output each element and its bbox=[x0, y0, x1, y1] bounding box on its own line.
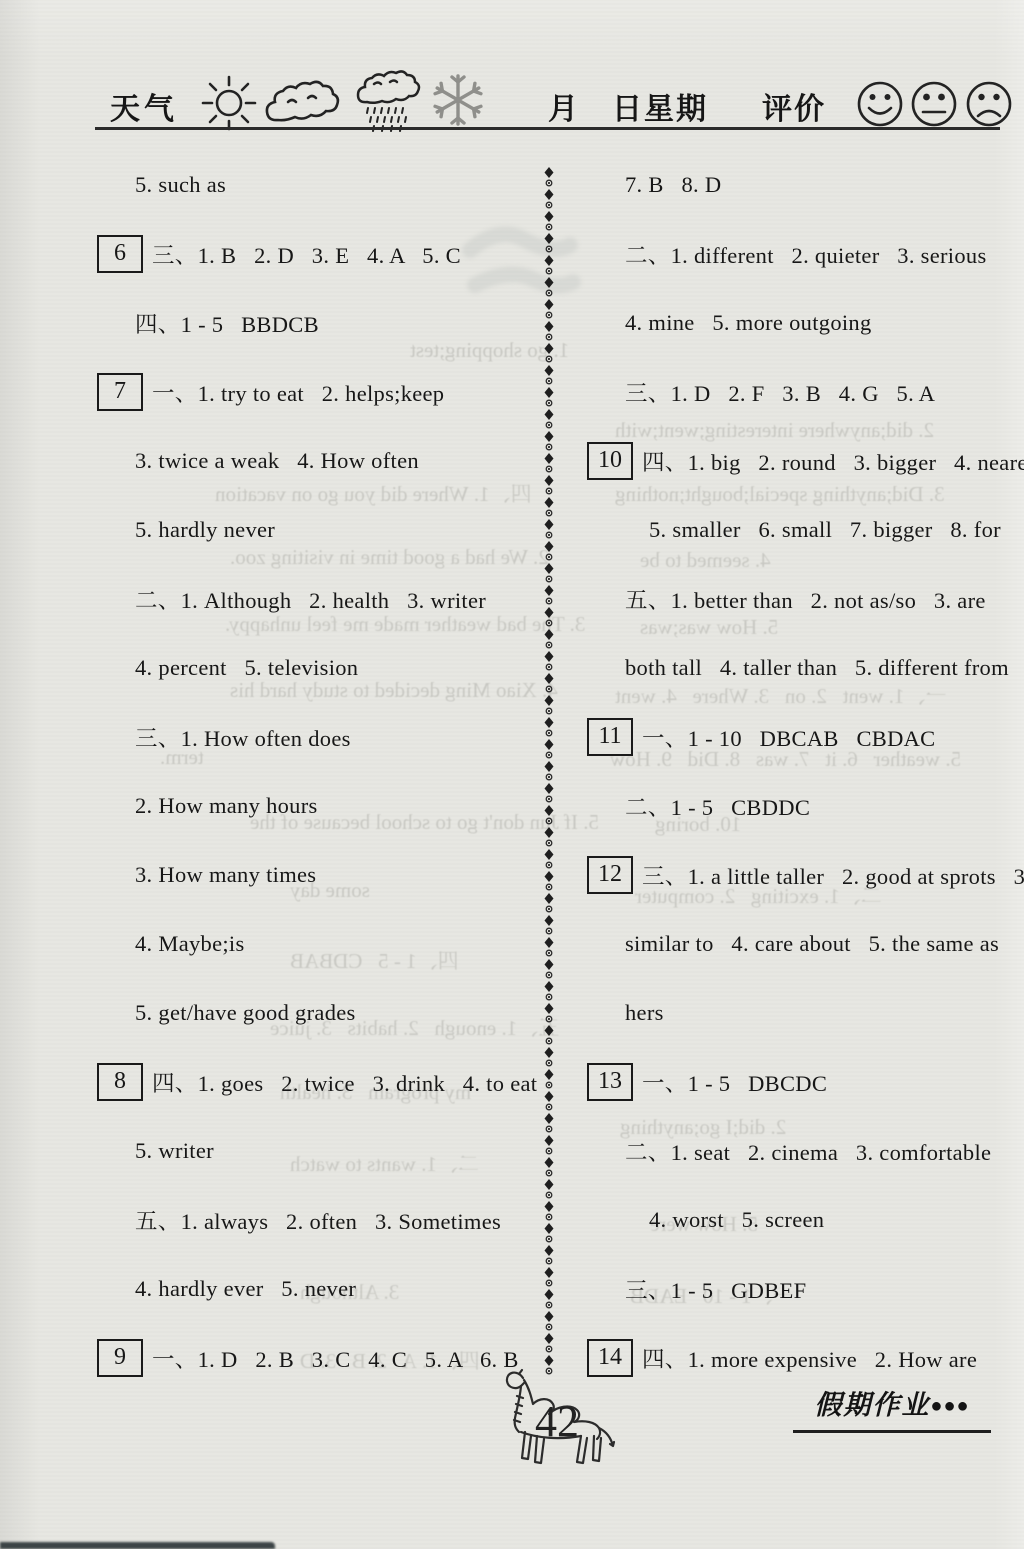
answer-line: 4. Maybe;is bbox=[95, 909, 547, 978]
exercise-number-box: 10 bbox=[587, 442, 633, 480]
page-number-camel: 42 bbox=[497, 1362, 632, 1472]
exercise-number-box: 12 bbox=[587, 856, 633, 894]
exercise-number-box: 11 bbox=[587, 718, 633, 756]
answer-line: 4. hardly ever 5. never bbox=[95, 1254, 547, 1323]
answer-line: 13一、1 - 5 DBCDC bbox=[585, 1047, 1020, 1116]
answer-line: 10四、1. big 2. round 3. bigger 4. nearer bbox=[585, 426, 1020, 495]
answer-line: 6三、1. B 2. D 3. E 4. A 5. C bbox=[95, 219, 547, 288]
answer-line: 5. hardly never bbox=[95, 495, 547, 564]
answer-line: 5. such as bbox=[95, 150, 547, 219]
answer-line: 二、1 - 5 CBDDC bbox=[585, 771, 1020, 840]
scan-edge-artifact bbox=[0, 1542, 275, 1549]
answer-line: 五、1. always 2. often 3. Sometimes bbox=[95, 1185, 547, 1254]
answer-line: 2. How many hours bbox=[95, 771, 547, 840]
answer-line: 四、1 - 5 BBDCB bbox=[95, 288, 547, 357]
answer-line: similar to 4. care about 5. the same as bbox=[585, 909, 1020, 978]
answer-line: 4. percent 5. television bbox=[95, 633, 547, 702]
exercise-number-box: 9 bbox=[97, 1339, 143, 1377]
answer-line: both tall 4. taller than 5. different fr… bbox=[585, 633, 1020, 702]
answer-line: 9一、1. D 2. B 3. C 4. C 5. A 6. B bbox=[95, 1323, 547, 1392]
answer-line: 7. B 8. D bbox=[585, 150, 1020, 219]
answer-line: 三、1 - 5 GDBEF bbox=[585, 1254, 1020, 1323]
snowflake-icon bbox=[430, 72, 486, 128]
brand-footer: 假期作业●●● bbox=[793, 1383, 991, 1433]
answer-line: hers bbox=[585, 978, 1020, 1047]
answer-line: 5. get/have good grades bbox=[95, 978, 547, 1047]
answer-line: 14四、1. more expensive 2. How are bbox=[585, 1323, 1020, 1392]
month-label: 月 bbox=[548, 84, 578, 128]
brand-dots: ●●● bbox=[930, 1395, 969, 1417]
rating-label: 评价 bbox=[762, 84, 826, 128]
answer-line: 5. smaller 6. small 7. bigger 8. for bbox=[585, 495, 1020, 564]
left-answer-column: 5. such as 6三、1. B 2. D 3. E 4. A 5. C 四… bbox=[95, 150, 547, 1392]
page-header: 天气 bbox=[0, 0, 1024, 150]
answer-line: 三、1. D 2. F 3. B 4. G 5. A bbox=[585, 357, 1020, 426]
exercise-number-box: 13 bbox=[587, 1063, 633, 1101]
answer-line: 三、1. How often does bbox=[95, 702, 547, 771]
answer-line: 4. worst 5. screen bbox=[585, 1185, 1020, 1254]
answer-line: 8四、1. goes 2. twice 3. drink 4. to eat bbox=[95, 1047, 547, 1116]
right-answer-column: 7. B 8. D 二、1. different 2. quieter 3. s… bbox=[585, 150, 1020, 1392]
answer-line: 二、1. seat 2. cinema 3. comfortable bbox=[585, 1116, 1020, 1185]
answer-line: 5. writer bbox=[95, 1116, 547, 1185]
answer-line: 3. twice a weak 4. How often bbox=[95, 426, 547, 495]
page-number: 42 bbox=[535, 1396, 579, 1447]
answer-line: 11一、1 - 10 DBCAB CBDAC bbox=[585, 702, 1020, 771]
answer-line: 12三、1. a little taller 2. good at sprots… bbox=[585, 840, 1020, 909]
header-divider-rule bbox=[95, 127, 1000, 130]
sun-icon bbox=[200, 74, 258, 132]
exercise-number-box: 8 bbox=[97, 1063, 143, 1101]
neutral-face-icon bbox=[913, 83, 955, 125]
answer-line: 二、1. Although 2. health 3. writer bbox=[95, 564, 547, 633]
exercise-number-box: 6 bbox=[97, 235, 143, 273]
rain-cloud-icon bbox=[352, 70, 428, 134]
answer-line: 二、1. different 2. quieter 3. serious bbox=[585, 219, 1020, 288]
brand-title: 假期作业 bbox=[814, 1390, 930, 1420]
answer-line: 7一、1. try to eat 2. helps;keep bbox=[95, 357, 547, 426]
rating-faces bbox=[856, 78, 1014, 130]
weather-label: 天气 bbox=[110, 84, 178, 128]
day-week-label: 日星期 bbox=[612, 84, 708, 128]
sad-face-icon bbox=[968, 83, 1010, 125]
exercise-number-box: 7 bbox=[97, 373, 143, 411]
answer-line: 3. How many times bbox=[95, 840, 547, 909]
cloud-icon bbox=[262, 76, 342, 132]
happy-face-icon bbox=[859, 83, 901, 125]
answer-line: 4. mine 5. more outgoing bbox=[585, 288, 1020, 357]
answer-line: 五、1. better than 2. not as/so 3. are bbox=[585, 564, 1020, 633]
